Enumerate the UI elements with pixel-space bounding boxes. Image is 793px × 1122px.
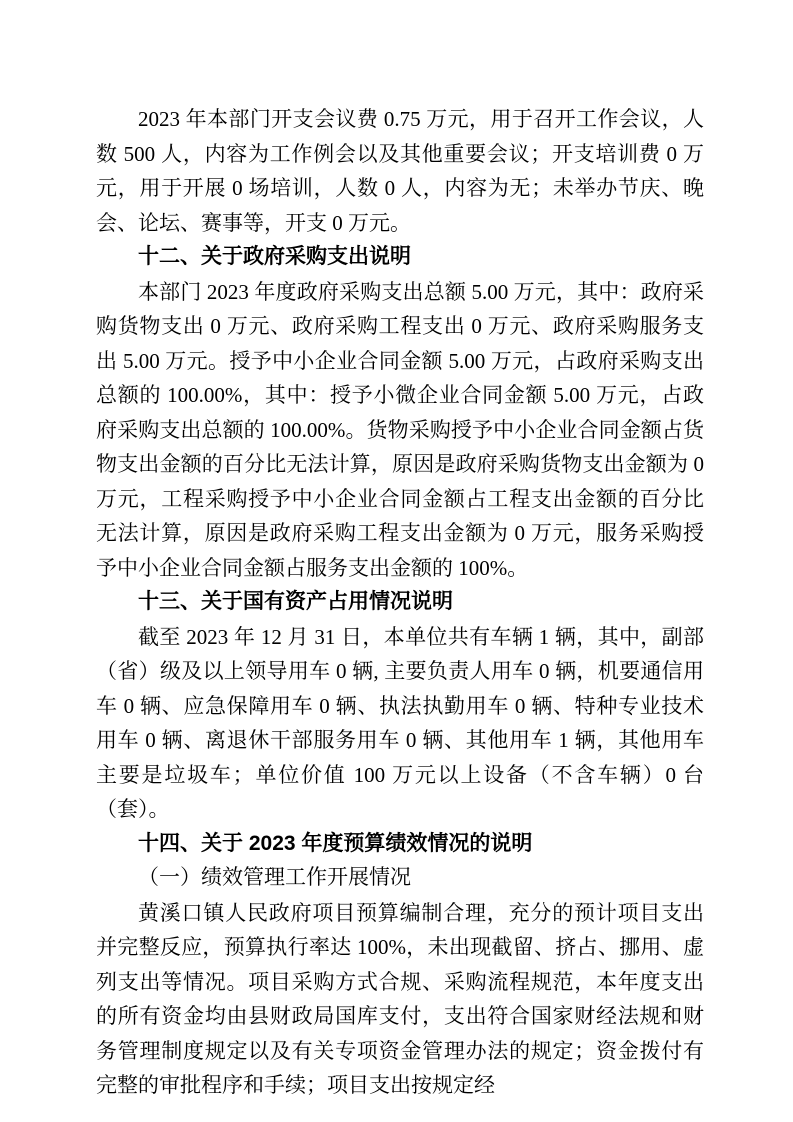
heading-section-13-state-owned-assets: 十三、关于国有资产占用情况说明 bbox=[96, 585, 704, 620]
heading-section-14-budget-performance: 十四、关于 2023 年度预算绩效情况的说明 bbox=[96, 827, 704, 862]
document-body: 2023 年本部门开支会议费 0.75 万元，用于召开工作会议，人数 500 人… bbox=[96, 102, 704, 1103]
para-meeting-and-training-expenses: 2023 年本部门开支会议费 0.75 万元，用于召开工作会议，人数 500 人… bbox=[96, 102, 704, 240]
document-page: 2023 年本部门开支会议费 0.75 万元，用于召开工作会议，人数 500 人… bbox=[0, 0, 793, 1122]
heading-section-12-government-procurement: 十二、关于政府采购支出说明 bbox=[96, 240, 704, 275]
para-government-procurement-details: 本部门 2023 年度政府采购支出总额 5.00 万元，其中：政府采购货物支出 … bbox=[96, 275, 704, 586]
subheading-performance-management-work: （一）绩效管理工作开展情况 bbox=[96, 861, 704, 896]
para-performance-management-details: 黄溪口镇人民政府项目预算编制合理，充分的预计项目支出并完整反应，预算执行率达 1… bbox=[96, 896, 704, 1103]
para-state-owned-assets-details: 截至 2023 年 12 月 31 日，本单位共有车辆 1 辆，其中，副部（省）… bbox=[96, 620, 704, 827]
